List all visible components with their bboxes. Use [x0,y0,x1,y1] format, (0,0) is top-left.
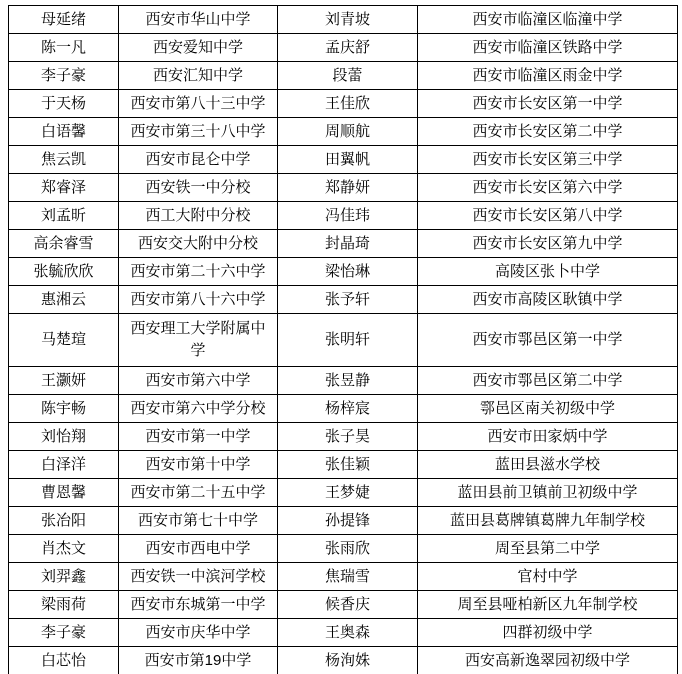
school-cell: 西安市第八十六中学 [119,286,278,314]
table-row: 焦云凯西安市昆仑中学田翼帆西安市长安区第三中学 [9,146,678,174]
school-cell: 西安市第二十六中学 [119,258,278,286]
student-name-cell: 陈宇畅 [9,395,119,423]
student-name-cell: 杨梓宸 [278,395,418,423]
school-cell: 西安理工大学附属中学 [119,314,278,367]
student-name-cell: 张雨欣 [278,535,418,563]
student-name-cell: 刘孟昕 [9,202,119,230]
school-cell: 西安市田家炳中学 [418,423,678,451]
school-cell: 西安市临潼区铁路中学 [418,34,678,62]
school-cell: 西安市第八十三中学 [119,90,278,118]
student-name-cell: 孙提锋 [278,507,418,535]
roster-table-body: 母延绪西安市华山中学刘青坡西安市临潼区临潼中学陈一凡西安爱知中学孟庆舒西安市临潼… [9,6,678,674]
school-cell: 西安市临潼区雨金中学 [418,62,678,90]
table-row: 曹恩馨西安市第二十五中学王梦婕蓝田县前卫镇前卫初级中学 [9,479,678,507]
student-name-cell: 于天杨 [9,90,119,118]
student-name-cell: 梁怡琳 [278,258,418,286]
student-name-cell: 张子昊 [278,423,418,451]
student-name-cell: 张予轩 [278,286,418,314]
school-cell: 西安市第六中学 [119,367,278,395]
student-name-cell: 杨洵姝 [278,647,418,674]
student-name-cell: 孟庆舒 [278,34,418,62]
table-row: 李子豪西安市庆华中学王奥森四群初级中学 [9,619,678,647]
table-row: 母延绪西安市华山中学刘青坡西安市临潼区临潼中学 [9,6,678,34]
school-cell: 周至县第二中学 [418,535,678,563]
school-cell: 西安市庆华中学 [119,619,278,647]
school-cell: 四群初级中学 [418,619,678,647]
school-cell: 西安市昆仑中学 [119,146,278,174]
school-cell: 西安铁一中分校 [119,174,278,202]
page: 母延绪西安市华山中学刘青坡西安市临潼区临潼中学陈一凡西安爱知中学孟庆舒西安市临潼… [0,0,682,674]
table-row: 张毓欣欣西安市第二十六中学梁怡琳高陵区张卜中学 [9,258,678,286]
student-name-cell: 刘青坡 [278,6,418,34]
student-name-cell: 段蕾 [278,62,418,90]
student-name-cell: 张毓欣欣 [9,258,119,286]
student-name-cell: 惠湘云 [9,286,119,314]
school-cell: 西安市长安区第二中学 [418,118,678,146]
student-name-cell: 白芯怡 [9,647,119,674]
student-name-cell: 焦云凯 [9,146,119,174]
table-row: 陈宇畅西安市第六中学分校杨梓宸鄠邑区南关初级中学 [9,395,678,423]
school-cell: 西安市华山中学 [119,6,278,34]
student-name-cell: 李子豪 [9,619,119,647]
school-cell: 蓝田县前卫镇前卫初级中学 [418,479,678,507]
school-cell: 西安市长安区第八中学 [418,202,678,230]
student-name-cell: 封晶琦 [278,230,418,258]
school-cell: 西安市东城第一中学 [119,591,278,619]
school-cell: 西安市长安区第九中学 [418,230,678,258]
student-name-cell: 冯佳玮 [278,202,418,230]
table-row: 于天杨西安市第八十三中学王佳欣西安市长安区第一中学 [9,90,678,118]
table-row: 李子豪西安汇知中学段蕾西安市临潼区雨金中学 [9,62,678,90]
school-cell: 西安市第七十中学 [119,507,278,535]
school-cell: 蓝田县葛牌镇葛牌九年制学校 [418,507,678,535]
school-cell: 西安汇知中学 [119,62,278,90]
student-name-cell: 肖杰文 [9,535,119,563]
student-name-cell: 曹恩馨 [9,479,119,507]
school-cell: 西安市第二十五中学 [119,479,278,507]
student-name-cell: 刘怡翔 [9,423,119,451]
student-name-cell: 张昱静 [278,367,418,395]
student-name-cell: 王奥森 [278,619,418,647]
school-cell: 西安市第十中学 [119,451,278,479]
table-row: 张冶阳西安市第七十中学孙提锋蓝田县葛牌镇葛牌九年制学校 [9,507,678,535]
student-name-cell: 马楚瑄 [9,314,119,367]
school-cell: 西安市第六中学分校 [119,395,278,423]
table-row: 惠湘云西安市第八十六中学张予轩西安市高陵区耿镇中学 [9,286,678,314]
school-cell: 官村中学 [418,563,678,591]
school-cell: 西安市鄠邑区第二中学 [418,367,678,395]
student-name-cell: 白语馨 [9,118,119,146]
school-cell: 西安市长安区第六中学 [418,174,678,202]
table-row: 梁雨荷西安市东城第一中学候香庆周至县哑柏新区九年制学校 [9,591,678,619]
school-cell: 西安市第三十八中学 [119,118,278,146]
school-cell: 西安交大附中分校 [119,230,278,258]
table-row: 陈一凡西安爱知中学孟庆舒西安市临潼区铁路中学 [9,34,678,62]
student-name-cell: 王灏妍 [9,367,119,395]
student-name-cell: 候香庆 [278,591,418,619]
school-cell: 西工大附中分校 [119,202,278,230]
student-name-cell: 周顺航 [278,118,418,146]
student-name-cell: 梁雨荷 [9,591,119,619]
table-row: 刘羿鑫西安铁一中滨河学校焦瑞雪官村中学 [9,563,678,591]
school-cell: 蓝田县滋水学校 [418,451,678,479]
school-cell: 西安高新逸翠园初级中学 [418,647,678,674]
student-name-cell: 郑睿泽 [9,174,119,202]
table-row: 白泽洋西安市第十中学张佳颖蓝田县滋水学校 [9,451,678,479]
school-cell: 西安市长安区第一中学 [418,90,678,118]
table-row: 白语馨西安市第三十八中学周顺航西安市长安区第二中学 [9,118,678,146]
table-row: 刘怡翔西安市第一中学张子昊西安市田家炳中学 [9,423,678,451]
student-name-cell: 张佳颖 [278,451,418,479]
school-cell: 西安铁一中滨河学校 [119,563,278,591]
school-cell: 西安市西电中学 [119,535,278,563]
student-name-cell: 郑静妍 [278,174,418,202]
school-cell: 周至县哑柏新区九年制学校 [418,591,678,619]
school-cell: 西安市鄠邑区第一中学 [418,314,678,367]
table-row: 肖杰文西安市西电中学张雨欣周至县第二中学 [9,535,678,563]
student-name-cell: 李子豪 [9,62,119,90]
student-name-cell: 焦瑞雪 [278,563,418,591]
student-name-cell: 田翼帆 [278,146,418,174]
table-row: 王灏妍西安市第六中学张昱静西安市鄠邑区第二中学 [9,367,678,395]
school-cell: 西安市临潼区临潼中学 [418,6,678,34]
student-name-cell: 母延绪 [9,6,119,34]
table-row: 刘孟昕西工大附中分校冯佳玮西安市长安区第八中学 [9,202,678,230]
student-name-cell: 王梦婕 [278,479,418,507]
student-name-cell: 高余睿雪 [9,230,119,258]
table-row: 郑睿泽西安铁一中分校郑静妍西安市长安区第六中学 [9,174,678,202]
student-name-cell: 张明轩 [278,314,418,367]
school-cell: 西安市第19中学 [119,647,278,674]
student-name-cell: 刘羿鑫 [9,563,119,591]
student-roster-table: 母延绪西安市华山中学刘青坡西安市临潼区临潼中学陈一凡西安爱知中学孟庆舒西安市临潼… [8,5,678,674]
student-name-cell: 王佳欣 [278,90,418,118]
table-row: 白芯怡西安市第19中学杨洵姝西安高新逸翠园初级中学 [9,647,678,674]
school-cell: 西安爱知中学 [119,34,278,62]
student-name-cell: 张冶阳 [9,507,119,535]
table-row: 高余睿雪西安交大附中分校封晶琦西安市长安区第九中学 [9,230,678,258]
student-name-cell: 白泽洋 [9,451,119,479]
student-name-cell: 陈一凡 [9,34,119,62]
school-cell: 鄠邑区南关初级中学 [418,395,678,423]
school-cell: 西安市高陵区耿镇中学 [418,286,678,314]
school-cell: 西安市长安区第三中学 [418,146,678,174]
school-cell: 西安市第一中学 [119,423,278,451]
table-row: 马楚瑄西安理工大学附属中学张明轩西安市鄠邑区第一中学 [9,314,678,367]
school-cell: 高陵区张卜中学 [418,258,678,286]
